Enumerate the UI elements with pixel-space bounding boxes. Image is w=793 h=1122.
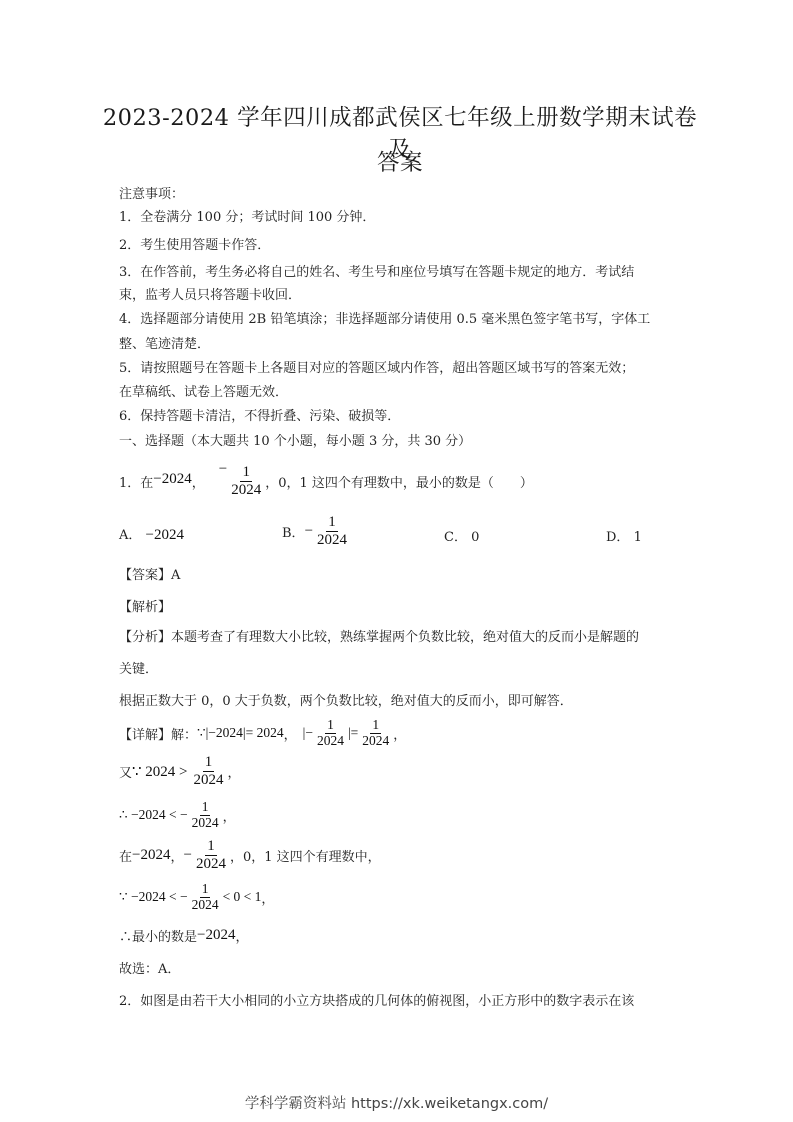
analysis-text: 根据正数大于 0，0 大于负数，两个负数比较，绝对值大的反而小，即可解答． [119, 690, 573, 709]
detail-line-5: ∵ −2024 < − 1 2024 < 0 < 1 ， [119, 882, 274, 913]
notice-item: 在草稿纸、试卷上答题无效． [119, 381, 288, 400]
notice-item: 1．全卷满分 100 分；考试时间 100 分钟． [119, 206, 375, 225]
notice-item: 整、笔迹清楚． [119, 333, 210, 352]
fraction-numerator: 1 [200, 882, 211, 898]
notice-item: 6．保持答题卡清洁，不得折叠、污染、破损等． [119, 405, 400, 424]
fraction-denominator: 2024 [190, 898, 221, 913]
notice-heading: 注意事项： [119, 183, 184, 202]
fraction-numerator: 1 [326, 514, 338, 532]
punctuation: ， [223, 806, 236, 825]
fraction-denominator: 2024 [315, 734, 346, 749]
fraction-denominator: 2024 [315, 532, 349, 549]
math-expression: |− [303, 725, 313, 741]
answer: 【答案】A [119, 564, 180, 583]
fraction: 1 2024 [190, 800, 221, 831]
q1-fraction: 1 2024 [229, 464, 263, 498]
fraction-numerator: 1 [370, 718, 381, 734]
q1-frac-sign: − [219, 461, 227, 478]
fraction-denominator: 2024 [192, 772, 226, 789]
math-expression: ∴ −2024 < − [119, 807, 188, 823]
option-c: C． 0 [444, 526, 479, 545]
option-value: −2024 [146, 527, 184, 543]
q1-prefix: 1．在 [119, 472, 153, 491]
detail-line-3: ∴ −2024 < − 1 2024 ， [119, 800, 236, 831]
text: 又 [119, 762, 132, 781]
detail-line-1: 【详解】解： ∵|−2024|= 2024 ， |− 1 2024 |= 1 2… [119, 718, 406, 749]
math-expression: |= [348, 725, 358, 741]
fraction: 1 2024 [360, 718, 391, 749]
q1-sep: ， [192, 472, 205, 491]
question-2: 2．如图是由若干大小相同的小立方块搭成的几何体的俯视图，小正方形中的数字表示在该 [119, 990, 634, 1009]
fraction: 1 2024 [190, 882, 221, 913]
fraction-numerator: 1 [325, 718, 336, 734]
option-label: D． [606, 530, 629, 545]
fraction-numerator: 1 [240, 464, 252, 482]
notice-item: 束，监考人员只将答题卡收回． [119, 284, 301, 303]
option-a: A． −2024 [119, 524, 184, 544]
option-d: D． 1 [606, 526, 642, 545]
detail-line-2: 又 ∵ 2024 > 1 2024 ， [119, 754, 241, 788]
detail-line-4: 在 −2024 ， − 1 2024 ，0，1 这四个有理数中， [119, 838, 381, 872]
notice-item: 5．请按照题号在答题卡上各题目对应的答题区域内作答，超出答题区域书写的答案无效； [119, 357, 634, 376]
option-b: B． − 1 2024 [282, 514, 351, 548]
section-heading: 一、选择题（本大题共 10 个小题，每小题 3 分，共 30 分） [119, 430, 471, 449]
option-label: B． [282, 522, 305, 541]
watermark-footer: 学科学霸资料站 https://xk.weiketangx.com/ [0, 1092, 793, 1113]
punctuation: ， [235, 926, 248, 945]
math-expression: ∵ 2024 > [132, 762, 188, 781]
punctuation: ， [261, 888, 274, 907]
q1-suffix: ，0，1 这四个有理数中，最小的数是（ ） [265, 472, 533, 491]
question-1: 1．在 −2024 ， − 1 2024 ，0，1 这四个有理数中，最小的数是（… [119, 464, 533, 498]
math-expression: ∵ −2024 < − [119, 889, 188, 905]
punctuation: ， [170, 846, 183, 865]
detail-line-6: ∴最小的数是 −2024 ， [119, 926, 249, 945]
punctuation: ， [393, 724, 406, 743]
math-expression: −2024 [132, 847, 170, 864]
detail-line-7: 故选：A． [119, 958, 180, 977]
fraction-numerator: 1 [203, 754, 215, 772]
fraction: 1 2024 [194, 838, 228, 872]
punctuation: ， [284, 724, 297, 743]
analysis-text: 关键． [119, 658, 158, 677]
fraction-denominator: 2024 [190, 816, 221, 831]
text: ∴最小的数是 [119, 926, 197, 945]
fraction: 1 2024 [315, 718, 346, 749]
fraction-numerator: 1 [205, 838, 217, 856]
option-sign: − [305, 523, 313, 540]
notice-item: 2．考生使用答题卡作答． [119, 234, 270, 253]
q1-number-1: −2024 [153, 471, 191, 488]
fraction: 1 2024 [192, 754, 226, 788]
notice-item: 4．选择题部分请使用 2B 铅笔填涂；非选择题部分请使用 0.5 毫米黑色签字笔… [119, 308, 650, 327]
fraction-denominator: 2024 [229, 482, 263, 499]
option-label: A． [119, 528, 141, 543]
punctuation: ， [228, 762, 241, 781]
analysis-text: 【分析】本题考查了有理数大小比较，熟练掌握两个负数比较，绝对值大的反而小是解题的 [119, 626, 639, 645]
document-page: 2023-2024 学年四川成都武侯区七年级上册数学期末试卷及 答案 注意事项：… [0, 0, 793, 1122]
math-expression: −2024 [197, 927, 235, 944]
fraction-denominator: 2024 [360, 734, 391, 749]
option-fraction: 1 2024 [315, 514, 349, 548]
math-sign: − [184, 847, 192, 864]
document-title-continued: 答案 [100, 145, 700, 177]
detail-label: 【详解】解： [119, 724, 197, 743]
fraction-numerator: 1 [200, 800, 211, 816]
math-expression: ∵|−2024|= 2024 [197, 725, 284, 741]
notice-item: 3．在作答前，考生务必将自己的姓名、考生号和座位号填写在答题卡规定的地方．考试结 [119, 261, 634, 280]
text: 在 [119, 846, 132, 865]
math-expression: < 0 < 1 [223, 889, 262, 905]
option-value: 1 [634, 530, 642, 545]
fraction-denominator: 2024 [194, 856, 228, 873]
text: ，0，1 这四个有理数中， [230, 846, 381, 865]
option-value: 0 [471, 530, 479, 545]
analysis-heading: 【解析】 [119, 596, 171, 615]
option-label: C． [444, 530, 467, 545]
